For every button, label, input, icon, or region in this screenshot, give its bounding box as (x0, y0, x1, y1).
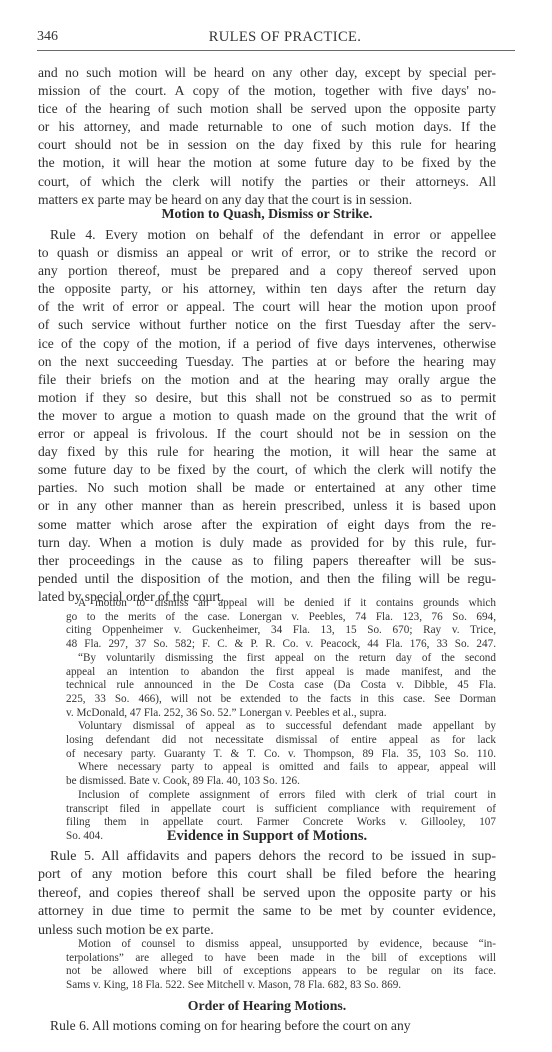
text-line: court should not be in session on the da… (38, 136, 496, 154)
rule-4-paragraph: Rule 4. Every motion on behalf of the de… (38, 226, 496, 606)
text-line: of the writ of error or appeal. The cour… (38, 298, 496, 316)
annotation-line: A motion to dismiss an appeal will be de… (66, 597, 496, 611)
text-line: ice of the copy of the motion, if a peri… (38, 335, 496, 353)
text-line: the motion, it will hear the motion at s… (38, 154, 496, 172)
text-line: day fixed by this rule for hearing the m… (38, 443, 496, 461)
annotation-line: appeal an intention to abandon the first… (66, 666, 496, 680)
text-line: ther proceedings in the cause as to fili… (38, 552, 496, 570)
text-line: the opposite party, or his attorney, wit… (38, 280, 496, 298)
annotation-line: terpolations” are alleged to have been m… (66, 952, 496, 966)
text-line: Rule 4. Every motion on behalf of the de… (38, 226, 496, 244)
text-line: some matter which arose after the expira… (38, 516, 496, 534)
annotation-line: Voluntary dismissal of appeal as to succ… (66, 720, 496, 734)
section-heading-order: Order of Hearing Motions. (38, 998, 496, 1014)
section-heading-evidence: Evidence in Support of Motions. (38, 828, 496, 845)
rule-5-paragraph: Rule 5. All affidavits and papers dehors… (38, 848, 496, 940)
annotation-line: Where necessary party to appeal is omitt… (66, 761, 496, 775)
annotation-line: transcript filed in appellate court is s… (66, 803, 496, 817)
annotation-line: Inclusion of complete assignment of erro… (66, 789, 496, 803)
annotation-line: losing defendant did not necessitate dis… (66, 734, 496, 748)
section-heading-quash: Motion to Quash, Dismiss or Strike. (38, 206, 496, 222)
text-line: motion if they so desire, but this shall… (38, 389, 496, 407)
text-line: port of any motion before this court sha… (38, 866, 496, 884)
text-line: thereof, and copies thereof shall be ser… (38, 885, 496, 903)
annotation-line: 48 Fla. 297, 37 So. 582; F. C. & P. R. C… (66, 638, 496, 652)
rule-4-annotations: A motion to dismiss an appeal will be de… (66, 597, 496, 844)
book-page: 346 RULES OF PRACTICE. and no such motio… (0, 0, 552, 1052)
annotation-line: go to the merits of the case. Lonergan v… (66, 611, 496, 625)
annotation-line: 225, 33 So. 466), will not be extended t… (66, 693, 496, 707)
text-line: pended until the disposition of the moti… (38, 570, 496, 588)
text-line: or in any other manner than as herein pr… (38, 497, 496, 515)
text-line: Rule 5. All affidavits and papers dehors… (38, 848, 496, 866)
text-line: court, of which the clerk will notify th… (38, 173, 496, 191)
annotation-line: Motion of counsel to dismiss appeal, uns… (66, 938, 496, 952)
text-line: or his attorney, and made returnable to … (38, 118, 496, 136)
text-line: error or appeal is frivolous. If the cou… (38, 425, 496, 443)
text-line: parties. No such motion shall be made or… (38, 479, 496, 497)
text-line: tice of the hearing of such motion shall… (38, 100, 496, 118)
annotation-line: technical rule announced in the De Costa… (66, 679, 496, 693)
text-line: any portion thereof, must be prepared an… (38, 262, 496, 280)
text-line: attorney in due time to permit the same … (38, 903, 496, 921)
annotation-line: v. McDonald, 47 Fla. 252, 36 So. 52.” Lo… (66, 707, 496, 721)
text-line: some future day to be fixed by the court… (38, 461, 496, 479)
text-line: turn day. When a motion is duly made as … (38, 534, 496, 552)
annotation-line: be dismissed. Bate v. Cook, 89 Fla. 40, … (66, 775, 496, 789)
annotation-line: of necesary party. Guaranty T. & T. Co. … (66, 748, 496, 762)
annotation-line: not be allowed where bill of exceptions … (66, 965, 496, 979)
continuation-paragraph: and no such motion will be heard on any … (38, 64, 496, 209)
text-line: file their briefs on the motion and at t… (38, 371, 496, 389)
rule-5-annotations: Motion of counsel to dismiss appeal, uns… (66, 938, 496, 993)
text-line: and no such motion will be heard on any … (38, 64, 496, 82)
rule-6-paragraph: Rule 6. All motions coming on for hearin… (38, 1017, 496, 1035)
text-line: to quash or dismiss an appeal or writ of… (38, 244, 496, 262)
running-title: RULES OF PRACTICE. (37, 29, 515, 46)
annotation-line: citing Oppenheimer v. Guckenheimer, 34 F… (66, 624, 496, 638)
text-line: of such service without further notice o… (38, 316, 496, 334)
page-header: 346 RULES OF PRACTICE. (37, 28, 515, 51)
annotation-line: Sams v. King, 18 Fla. 522. See Mitchell … (66, 979, 496, 993)
annotation-line: “By voluntarily dismissing the first app… (66, 652, 496, 666)
text-line: Rule 6. All motions coming on for hearin… (38, 1017, 496, 1035)
text-line: on the next succeeding Tuesday. The part… (38, 353, 496, 371)
text-line: the mover to argue a motion to quash mad… (38, 407, 496, 425)
text-line: mission of the court. A copy of the moti… (38, 82, 496, 100)
